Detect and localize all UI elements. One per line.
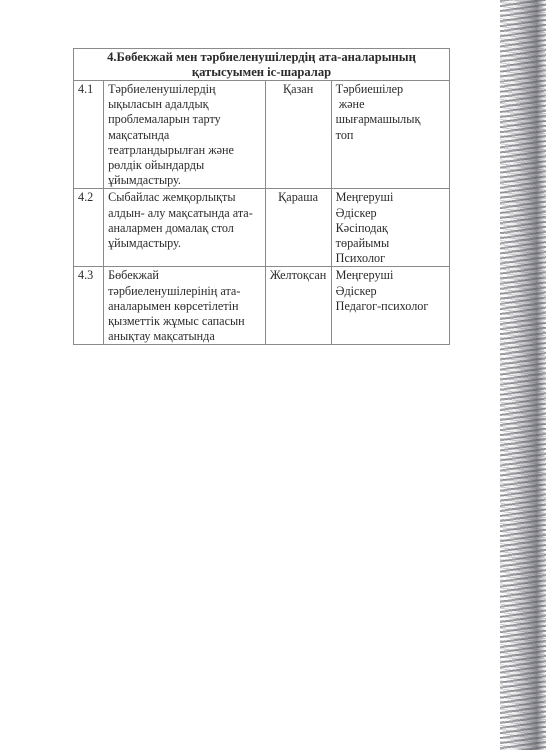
responsible-line: Педагог-психолог [336,299,445,314]
activity-line: аналармен домалақ стол [108,221,260,236]
responsible-line: Әдіскер [336,284,445,299]
activity-line: мақсатында [108,128,260,143]
responsible-line: Кәсіподақ [336,221,445,236]
row-number: 4.1 [74,81,104,189]
activity-line: Тәрбиеленушілердің [108,82,260,97]
activity-line: алдын- алу мақсатында ата- [108,206,260,221]
activity-line: тәрбиеленушілерінің ата- [108,284,260,299]
responsible-line: Тәрбиешілер [336,82,445,97]
table-row: 4.2 Сыбайлас жемқорлықты алдын- алу мақс… [74,189,450,267]
scanned-page-edge [500,0,546,750]
responsible-cell: Меңгеруші Әдіскер Кәсіподақ төрайымы Пси… [331,189,449,267]
activity-line: аналарымен көрсетілетін [108,299,260,314]
responsible-line: Меңгеруші [336,268,445,283]
section-header-row: 4.Бөбекжай мен тәрбиеленушілердің ата-ан… [74,49,450,81]
responsible-cell: Тәрбиешілер және шығармашылық топ [331,81,449,189]
activity-cell: Сыбайлас жемқорлықты алдын- алу мақсатын… [104,189,265,267]
section-title: 4.Бөбекжай мен тәрбиеленушілердің ата-ан… [74,49,450,81]
activity-line: анықтау мақсатында [108,329,260,344]
responsible-cell: Меңгеруші Әдіскер Педагог-психолог [331,267,449,345]
activity-line: ұйымдастыру. [108,173,260,188]
activity-line: ұйымдастыру. [108,236,260,251]
activity-line: қызметтік жұмыс сапасын [108,314,260,329]
month-cell: Желтоқсан [265,267,331,345]
month-cell: Қазан [265,81,331,189]
activity-line: Сыбайлас жемқорлықты [108,190,260,205]
activities-table: 4.Бөбекжай мен тәрбиеленушілердің ата-ан… [73,48,450,345]
activity-cell: Тәрбиеленушілердің ықыласын адалдық проб… [104,81,265,189]
row-number: 4.2 [74,189,104,267]
responsible-line: Әдіскер [336,206,445,221]
activity-line: ықыласын адалдық [108,97,260,112]
activity-line: проблемаларын тарту [108,112,260,127]
section-title-line-2: қатысуымен іс-шаралар [78,65,445,80]
month-cell: Қараша [265,189,331,267]
responsible-line: және [336,97,445,112]
responsible-line: топ [336,128,445,143]
responsible-line: Психолог [336,251,445,266]
table-row: 4.3 Бөбекжай тәрбиеленушілерінің ата- ан… [74,267,450,345]
section-title-line-1: 4.Бөбекжай мен тәрбиеленушілердің ата-ан… [78,50,445,65]
activity-line: Бөбекжай [108,268,260,283]
responsible-line: шығармашылық [336,112,445,127]
activity-line: рөлдік ойындарды [108,158,260,173]
table-row: 4.1 Тәрбиеленушілердің ықыласын адалдық … [74,81,450,189]
activity-line: театрландырылған және [108,143,260,158]
activity-cell: Бөбекжай тәрбиеленушілерінің ата- аналар… [104,267,265,345]
responsible-line: Меңгеруші [336,190,445,205]
responsible-line: төрайымы [336,236,445,251]
row-number: 4.3 [74,267,104,345]
